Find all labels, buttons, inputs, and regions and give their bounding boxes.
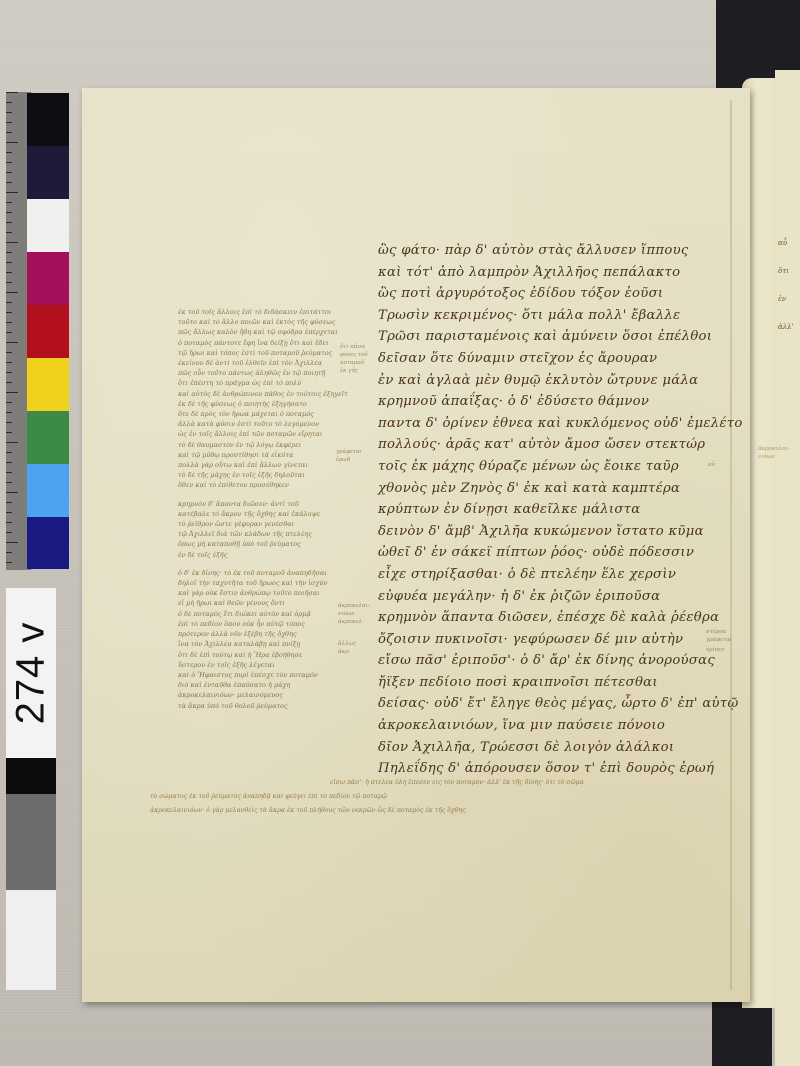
text-line: πολλούς· ἀρᾶς κατ' αὐτὸν ἄμοσ ὤσεν στεκτ… bbox=[378, 434, 748, 456]
text-line: ὠθεῖ δ' ἐν σάκεϊ πίπτων ῥόος· οὐδὲ πόδεσ… bbox=[378, 542, 748, 564]
ruler-tick bbox=[6, 552, 12, 553]
marginal-note-line: ἀκροκελαι- bbox=[338, 602, 370, 610]
ruler-tick bbox=[6, 312, 12, 313]
text-line: ὄζοισιν πυκινοῖσι· γεφύρωσεν δέ μιν αὐτὴ… bbox=[378, 629, 748, 651]
text-line: εὐφυέα μεγάλην· ἡ δ' ἐκ ῥιζῶν ἐριποῦσα bbox=[378, 586, 748, 608]
marginal-note-line: αὖ bbox=[708, 461, 715, 469]
ruler-tick bbox=[6, 472, 12, 473]
scholia-line: ἐκ τοῦ τοῖς ἄλλοις ἐπὶ τὸ διδάσκειν ἐπιτ… bbox=[178, 307, 348, 317]
ruler-tick bbox=[6, 202, 12, 203]
ruler-tick bbox=[6, 132, 12, 133]
scholia-line: κατέβαλε τὸ ἄκρον τῆς ὄχθης καὶ ἐκάλυψε bbox=[178, 509, 348, 519]
ruler-tick bbox=[6, 152, 12, 153]
scholia-line: καὶ γὰρ οὐκ ἔστιν ἀνθρώπῳ τοῦτο ποιῆσαι bbox=[178, 588, 348, 598]
ruler-tick bbox=[6, 92, 18, 93]
ruler-tick bbox=[6, 462, 12, 463]
scholia-line: δηλοῖ τὴν ταχυτῆτα τοῦ ἥρωος καὶ τὴν ἰσχ… bbox=[178, 578, 348, 588]
scholia-line: καὶ αὐτὸς δὲ ἀνθρώπινον πάθος ἐν τούτοις… bbox=[178, 389, 348, 399]
marginal-note-line: ἀκροκελ. bbox=[338, 618, 370, 626]
gray-scale-mid bbox=[6, 794, 56, 890]
ruler-tick bbox=[6, 372, 12, 373]
scholia-line: τῷ Ἀχιλλεῖ διὰ τῶν κλάδων τῆς πτελέης bbox=[178, 529, 348, 539]
marginal-note-line: ἐκ γῆς bbox=[340, 367, 368, 375]
marginal-note-line: ἀκρ. bbox=[338, 648, 356, 656]
text-line: ὣς ποτὶ ἀργυρότοξος ἐδίδου τόξον ἐοῦσι bbox=[378, 283, 748, 305]
text-line: εἴσω πᾶσ' ἐριποῦσ'· ὁ δ' ἄρ' ἐκ δίνης ἀν… bbox=[378, 650, 748, 672]
main-text-column: ὣς φάτο· πὰρ δ' αὐτὸν στὰς ἄλλυσεν ἵππου… bbox=[378, 240, 748, 780]
color-swatch bbox=[27, 358, 69, 411]
marginal-note: ὅτι πᾶσαφύσις τοῦποταμοῦἐκ γῆς bbox=[340, 343, 368, 375]
color-swatch bbox=[27, 146, 69, 199]
facing-margin-text: αὖὅτιἐνἀλλ' bbox=[778, 238, 794, 350]
ruler-tick bbox=[6, 502, 12, 503]
facing-margin-line: ἀλλ' bbox=[778, 322, 794, 332]
color-swatch bbox=[27, 464, 69, 517]
text-line: Τρῶσι παρισταμένοις καὶ ἀμύνειν ὅσοι ἐπέ… bbox=[378, 326, 748, 348]
scholia-line: ὁ δὲ ποταμὸς ἔτι διώκει αὐτὸν καὶ ὁρμᾷ bbox=[178, 609, 348, 619]
text-line: εἶχε στηρίξασθαι· ὁ δὲ πτελέην ἕλε χερσὶ… bbox=[378, 564, 748, 586]
ruler-tick bbox=[6, 512, 12, 513]
ruler-tick bbox=[6, 522, 12, 523]
ruler-tick bbox=[6, 542, 18, 543]
ruler-tick bbox=[6, 322, 12, 323]
text-line: δείσας· οὐδ' ἔτ' ἔληγε θεὸς μέγας, ὦρτο … bbox=[378, 693, 748, 715]
marginal-note: αὖ bbox=[708, 461, 715, 469]
ruler-tick bbox=[6, 232, 12, 233]
facing-margin-line: ὅτι bbox=[778, 266, 794, 276]
scholia-line: ὅτι δὲ ἐπὶ τούτῳ καὶ ἡ Ἥρα ἐβοήθησε bbox=[178, 650, 348, 660]
color-swatch bbox=[27, 252, 69, 305]
color-swatch bbox=[27, 199, 69, 252]
scholia-gap bbox=[178, 560, 348, 568]
color-swatch bbox=[27, 517, 69, 569]
scholia-line: τὸ δὲ τῆς μάχης ἐν τοῖς ἑξῆς δηλοῦται bbox=[178, 470, 348, 480]
footer-scholia-line: εἴσω πᾶσ'· ἡ πτελέα ὅλη ἔπεσεν εἰς τὸν π… bbox=[150, 776, 710, 790]
scholia-line: ἀλλὰ κατὰ φύσιν ἐστὶ τοῦτο τὸ λεγόμενον bbox=[178, 419, 348, 429]
scholia-line: ἀκροκελαινιόων· μελαινόμενος bbox=[178, 690, 348, 700]
ruler-tick bbox=[6, 192, 18, 193]
scholia-gap bbox=[178, 491, 348, 499]
scholia-line: ὕστερον ἐν τοῖς ἑξῆς λέγεται bbox=[178, 660, 348, 670]
ruler-tick bbox=[6, 482, 12, 483]
ruler-tick bbox=[6, 172, 12, 173]
scholia-line: ὅθεν καὶ τὸ ἐπίθετον προσέθηκεν bbox=[178, 480, 348, 490]
ruler-tick bbox=[6, 492, 18, 493]
ruler-tick bbox=[6, 212, 12, 213]
text-line: δεῖσαν ὅτε δύναμιν στεῖχον ἐς ἄρουραν bbox=[378, 348, 748, 370]
marginal-note-line: φύσις τοῦ bbox=[340, 351, 368, 359]
scholia-line: τοῦτο καὶ τὸ ἄλλο ποιῶν καὶ ἐκτὸς τῆς φύ… bbox=[178, 317, 348, 327]
ruler-tick bbox=[6, 122, 12, 123]
ruler-tick bbox=[6, 392, 18, 393]
ruler-tick bbox=[6, 402, 12, 403]
text-line: κρημνοῦ ἀπαΐξας· ὁ δ' ἐδύσετο θάμνον bbox=[378, 391, 748, 413]
ruler-tick bbox=[6, 302, 12, 303]
marginal-note: ὀρίνεν bbox=[706, 646, 724, 654]
ruler-tick bbox=[6, 362, 12, 363]
ruler-tick bbox=[6, 422, 12, 423]
scholia-line: ὁ ποταμὸς πάντοτε ἔφη ἵνα δείξῃ ὅτι καὶ … bbox=[178, 338, 348, 348]
ruler-tick bbox=[6, 142, 18, 143]
ruler-tick bbox=[6, 262, 12, 263]
folio-label-strip: 274 v bbox=[6, 588, 56, 990]
scholia-line: ὁ δ' ἐκ δίνης· τὸ ἐκ τοῦ ποταμοῦ ἀναπηδῆ… bbox=[178, 568, 348, 578]
ruler-tick bbox=[6, 282, 12, 283]
ruler-tick bbox=[6, 332, 12, 333]
text-line: κρημνὸν ἅπαντα διῶσεν, ἐπέσχε δὲ καλὰ ῥέ… bbox=[378, 607, 748, 629]
marginal-note: ἀκροκελαι-νιόωνἀκροκελ. bbox=[338, 602, 370, 626]
gray-scale-white bbox=[6, 890, 56, 990]
facing-margin-line: ἐν bbox=[778, 294, 794, 304]
footer-scholia: εἴσω πᾶσ'· ἡ πτελέα ὅλη ἔπεσεν εἰς τὸν π… bbox=[150, 776, 710, 818]
text-line: καὶ τότ' ἀπὸ λαμπρὸν Ἀχιλλῆος πεπάλακτο bbox=[378, 262, 748, 284]
facing-page-edge bbox=[775, 70, 800, 1066]
color-swatch bbox=[27, 411, 69, 464]
scholia-line: τὸ δὲ θαυμαστὸν ἐν τῷ λόγῳ ἐκφέρει bbox=[178, 440, 348, 450]
color-calibration-swatches bbox=[27, 93, 69, 569]
footer-scholia-line: τὸ σώματος ἐκ τοῦ ῥεύματος ἀναπηδᾷ καὶ φ… bbox=[150, 790, 710, 804]
scholia-line: πῶς ἄλλως καλὸν ἤδη καὶ τῷ σφόδρα ἐπέρχε… bbox=[178, 327, 348, 337]
marginal-note: στέρναγράφεται bbox=[706, 628, 732, 644]
marginal-note-line: ἄλλως bbox=[338, 640, 356, 648]
ruler-tick bbox=[6, 532, 12, 533]
ruler-tick bbox=[6, 162, 12, 163]
scholia-line: ἐν δὲ τοῖς ἑξῆς bbox=[178, 550, 348, 560]
scholia-line: ὅπως μὴ καταποθῇ ὑπὸ τοῦ ῥεύματος bbox=[178, 539, 348, 549]
text-line: κρύπτων ἐν δίνῃσι καθεῖλκε μάλιστα bbox=[378, 499, 748, 521]
scholia-line: κρημνὸν δ' ἅπαντα διῶσεν· ἀντὶ τοῦ bbox=[178, 499, 348, 509]
scholia-line: καὶ ὁ Ἥφαιστος πυρὶ ἐπέσχε τὸν ποταμόν bbox=[178, 670, 348, 680]
ruler-tick bbox=[6, 102, 12, 103]
folio-label: 274 v bbox=[6, 588, 56, 758]
text-line: παντα δ' ὀρίνεν ἐθνεα καὶ κυκλόμενος οὐδ… bbox=[378, 413, 748, 435]
ruler-tick bbox=[6, 432, 12, 433]
scholia-line: τὸ ῥεῖθρον ὥστε γέφυραν γενέσθαι bbox=[178, 519, 348, 529]
ruler-tick bbox=[6, 442, 18, 443]
gray-scale-black bbox=[6, 758, 56, 794]
scholia-line: ἵνα τὸν Ἀχιλλέα καταλάβῃ καὶ πνίξῃ bbox=[178, 639, 348, 649]
scholia-line: ὡς ἐν τοῖς ἄλλοις ἐπὶ τῶν ποταμῶν εἴρητα… bbox=[178, 429, 348, 439]
marginal-note-line: γράφεται bbox=[706, 636, 732, 644]
marginal-note-line: νιόων bbox=[758, 453, 790, 461]
marginal-note-line: ἀκροκελαι- bbox=[758, 445, 790, 453]
marginal-note-line: ὅτι πᾶσα bbox=[340, 343, 368, 351]
ruler-tick bbox=[6, 292, 18, 293]
marginal-note-line: ὀρίνεν bbox=[706, 646, 724, 654]
text-line: χθονὸς μὲν Ζηνὸς δ' ἐκ καὶ κατὰ καμπτέρα bbox=[378, 478, 748, 500]
scholia-line: διὸ καὶ ἐνταῦθα ἐπαύσατο ἡ μάχη bbox=[178, 680, 348, 690]
ruler-tick bbox=[6, 382, 12, 383]
scholia-line: ὅτε δὲ πρὸς τὸν ἥρωα μάχεται ὁ ποταμός bbox=[178, 409, 348, 419]
scholia-line: πολλὰ γὰρ οὕτω καὶ ἐπὶ ἄλλων γίνεται bbox=[178, 460, 348, 470]
ruler-tick bbox=[6, 452, 12, 453]
scholia-line: ἐκ δὲ τῆς φύσεως ὁ ποιητὴς ἐξηγήσατο bbox=[178, 399, 348, 409]
marginal-note-line: ἐρωῆ bbox=[336, 456, 362, 464]
ruler-tick bbox=[6, 352, 12, 353]
facing-margin-line: αὖ bbox=[778, 238, 794, 248]
ruler-tick bbox=[6, 342, 18, 343]
marginal-note: γράφεταιἐρωῆ bbox=[336, 448, 362, 464]
scholia-line: τῷ ἥρωι καὶ τόπος ἐστὶ τοῦ ποταμοῦ ῥεύμα… bbox=[178, 348, 348, 358]
scholia-column: ἐκ τοῦ τοῖς ἄλλοις ἐπὶ τὸ διδάσκειν ἐπιτ… bbox=[178, 307, 348, 711]
text-line: τοῖς ἐκ μάχης θύραζε μένων ὡς ἔοικε ταῦρ bbox=[378, 456, 748, 478]
scholia-line: ὅτι ἐπέστη τὸ πρᾶγμα ὡς ἐπὶ τὸ πολύ bbox=[178, 378, 348, 388]
scholia-line: πρότερον ἀλλὰ νῦν ἐξέβη τῆς ὄχθης bbox=[178, 629, 348, 639]
ruler-tick bbox=[6, 242, 18, 243]
scholia-line: εἰ μὴ ἥρωι καὶ θεῶν γένους ὄντι bbox=[178, 598, 348, 608]
scholia-line: πῶς οὖν τοῦτο πάντως ἀληθῶς ἐν τῷ ποιητῇ bbox=[178, 368, 348, 378]
text-line: ἤϊξεν πεδίοιο ποσὶ κραιπνοῖσι πέτεσθαι bbox=[378, 672, 748, 694]
ruler-tick bbox=[6, 272, 12, 273]
ruler-tick bbox=[6, 222, 12, 223]
marginal-note: ἄλλωςἀκρ. bbox=[338, 640, 356, 656]
scholia-line: καὶ τῷ μύθῳ προστίθησι τὰ εἰκότα bbox=[178, 450, 348, 460]
text-line: Τρωσὶν κεκριμένος· ὅτι μάλα πολλ' ἔβαλλε bbox=[378, 305, 748, 327]
text-line: δῖον Ἀχιλλῆα, Τρώεσσι δὲ λοιγὸν ἀλάλκοι bbox=[378, 737, 748, 759]
color-swatch bbox=[27, 305, 69, 358]
ruler-tick bbox=[6, 182, 12, 183]
scholia-line: τὰ ἄκρα ὑπὸ τοῦ θολοῦ ῥεύματος bbox=[178, 701, 348, 711]
footer-scholia-line: ἀκροκελαινιόων· ὁ γὰρ μελανθεὶς τὰ ἄκρα … bbox=[150, 804, 710, 818]
folio-number: 274 v bbox=[9, 622, 54, 725]
scholia-line: ἐκείνου δὲ ἀντὶ τοῦ ἐλθεῖν ἐπὶ τὸν Ἀχιλλ… bbox=[178, 358, 348, 368]
text-line: ἐν καὶ ἀγλαὰ μὲν θυμῷ ἐκλυτὸν ὤτρυνε μάλ… bbox=[378, 370, 748, 392]
marginal-note-line: στέρνα bbox=[706, 628, 732, 636]
ruler-tick bbox=[6, 412, 12, 413]
ruler-tick bbox=[6, 112, 12, 113]
text-line: ὣς φάτο· πὰρ δ' αὐτὸν στὰς ἄλλυσεν ἵππου… bbox=[378, 240, 748, 262]
text-line: δεινὸν δ' ἄμβ' Ἀχιλῆα κυκώμενον ἵστατο κ… bbox=[378, 521, 748, 543]
marginal-note-line: γράφεται bbox=[336, 448, 362, 456]
marginal-note-line: νιόων bbox=[338, 610, 370, 618]
text-line: ἀκροκελαινιόων, ἵνα μιν παύσειε πόνοιο bbox=[378, 715, 748, 737]
ruler-tick bbox=[6, 562, 12, 563]
ruler-tick bbox=[6, 252, 12, 253]
marginal-note: ἀκροκελαι-νιόων bbox=[758, 445, 790, 461]
color-swatch bbox=[27, 93, 69, 146]
marginal-note-line: ποταμοῦ bbox=[340, 359, 368, 367]
scholia-line: ἐπὶ τὸ πεδίον ὅπου οὐκ ἦν αὐτῷ τόπος bbox=[178, 619, 348, 629]
